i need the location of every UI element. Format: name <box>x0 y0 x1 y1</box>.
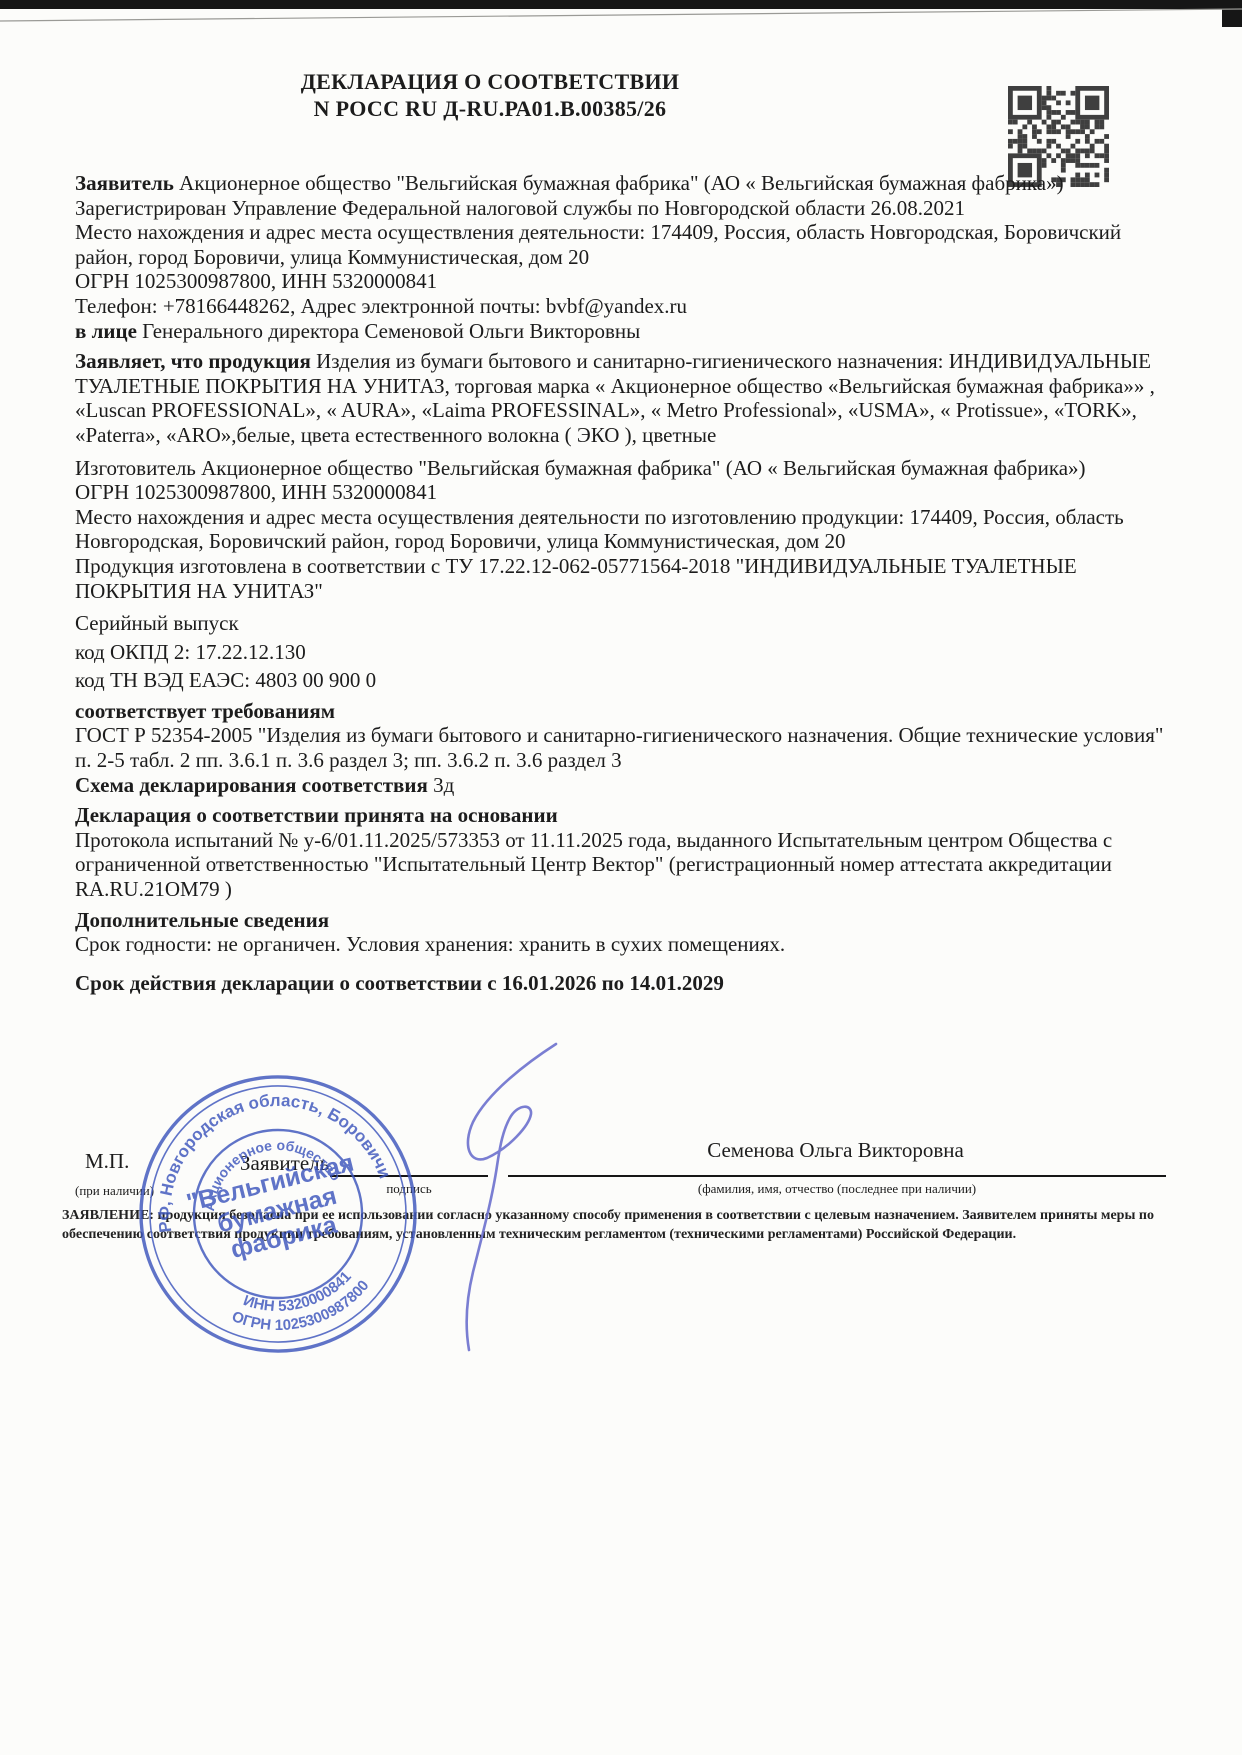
applicant-address: Место нахождения и адрес места осуществл… <box>75 220 1168 269</box>
okpd-code: код ОКПД 2: 17.22.12.130 <box>75 640 1168 665</box>
serial-release: Серийный выпуск <box>75 611 1168 636</box>
manufacturer-tu: Продукция изготовлена в соответствии с Т… <box>75 554 1168 603</box>
applicant-contacts: Телефон: +78166448262, Адрес электронной… <box>75 294 1168 319</box>
signature-applicant-label: Заявитель <box>240 1151 329 1176</box>
basis-paragraph: Протокола испытаний № у-6/01.11.2025/573… <box>75 828 1168 902</box>
document-title: ДЕКЛАРАЦИЯ О СООТВЕТСТВИИ N РОСС RU Д-RU… <box>0 68 980 122</box>
title-line-2: N РОСС RU Д-RU.РА01.В.00385/26 <box>0 95 980 122</box>
manufacturer-ogrn-inn: ОГРН 1025300987800, ИНН 5320000841 <box>75 480 1168 505</box>
product-label: Заявляет, что продукция <box>75 349 311 373</box>
title-line-1: ДЕКЛАРАЦИЯ О СООТВЕТСТВИИ <box>0 68 980 95</box>
signature-line <box>330 1135 488 1177</box>
applicant-paragraph: Заявитель Акционерное общество "Вельгийс… <box>75 171 1168 196</box>
svg-text:ОГРН 1025300987800: ОГРН 1025300987800 <box>226 1275 379 1349</box>
applicant-ogrn-inn: ОГРН 1025300987800, ИНН 5320000841 <box>75 269 1168 294</box>
name-line <box>508 1135 1166 1177</box>
compliance-heading: соответствует требованиям <box>75 699 1168 724</box>
gost-paragraph: ГОСТ Р 52354-2005 "Изделия из бумаги быт… <box>75 723 1168 772</box>
statement-paragraph: ЗАЯВЛЕНИЕ: продукция безопасна при ее ис… <box>62 1206 1167 1244</box>
name-caption: (фамилия, имя, отчество (последнее при н… <box>508 1181 1166 1197</box>
additional-heading: Дополнительные сведения <box>75 908 1168 933</box>
declaration-document: ДЕКЛАРАЦИЯ О СООТВЕТСТВИИ N РОСС RU Д-RU… <box>0 0 1242 1755</box>
in-person-label: в лице <box>75 319 137 343</box>
stamp-ogrn-text: ОГРН 1025300987800 <box>226 1275 379 1349</box>
additional-paragraph: Срок годности: не органичен. Условия хра… <box>75 932 1168 957</box>
product-paragraph: Заявляет, что продукция Изделия из бумаг… <box>75 349 1168 447</box>
scan-top-edge <box>0 0 1242 9</box>
tnved-code: код ТН ВЭД ЕАЭС: 4803 00 900 0 <box>75 668 1168 693</box>
document-body: Заявитель Акционерное общество "Вельгийс… <box>75 171 1168 995</box>
mp-label: М.П. <box>85 1149 129 1174</box>
scheme-label: Схема декларирования соответствия <box>75 773 428 797</box>
scheme-paragraph: Схема декларирования соответствия 3д <box>75 773 1168 798</box>
applicant-label: Заявитель <box>75 171 174 195</box>
manufacturer-paragraph: Изготовитель Акционерное общество "Вельг… <box>75 456 1168 481</box>
basis-heading: Декларация о соответствии принята на осн… <box>75 803 1168 828</box>
applicant-registered: Зарегистрирован Управление Федеральной н… <box>75 196 1168 221</box>
manufacturer-address: Место нахождения и адрес места осуществл… <box>75 505 1168 554</box>
signature-caption: подпись <box>330 1181 488 1197</box>
stamp-inn-text: ИНН 5320000841 <box>238 1266 360 1326</box>
applicant-in-person: в лице Генерального директора Семеновой … <box>75 319 1168 344</box>
scan-corner-artifact <box>1222 0 1242 27</box>
validity-paragraph: Срок действия декларации о соответствии … <box>75 971 1168 996</box>
scan-line <box>0 9 1242 21</box>
mp-note: (при наличии) <box>75 1183 154 1199</box>
svg-text:ИНН 5320000841: ИНН 5320000841 <box>238 1266 360 1326</box>
